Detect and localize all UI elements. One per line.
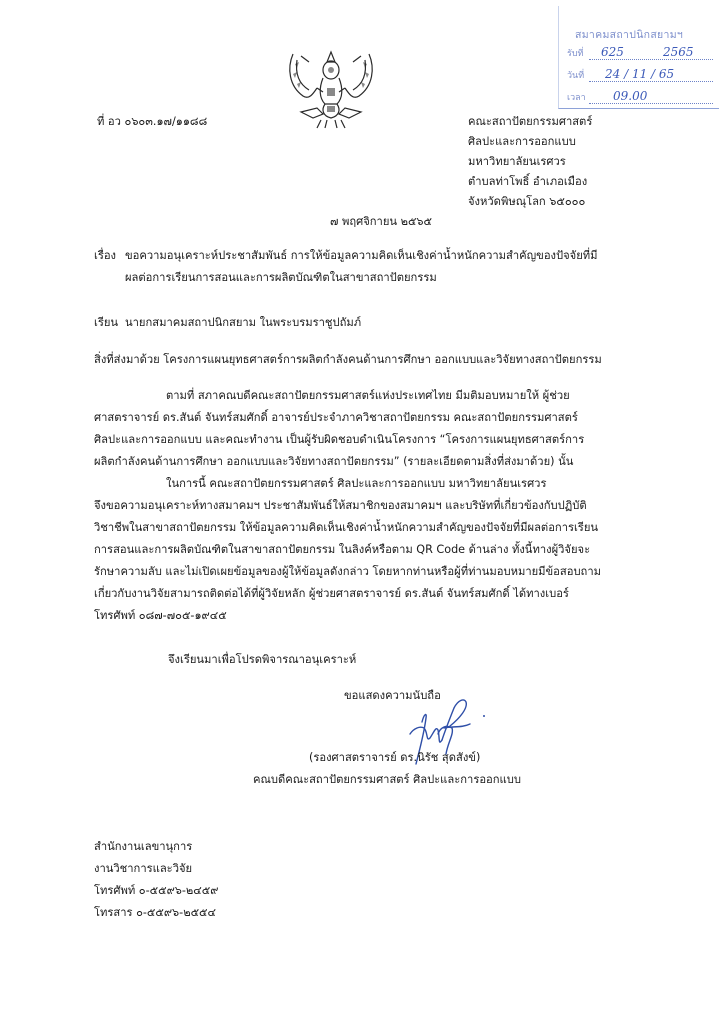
stamp-received-no: 625: [601, 45, 624, 59]
address-line: ศิลปะและการออกแบบ: [468, 132, 576, 150]
letter-date: ๗ พฤศจิกายน ๒๕๖๕: [330, 212, 432, 230]
stamp-time: 09.00: [613, 89, 647, 103]
subject-line: ขอความอนุเคราะห์ประชาสัมพันธ์ การให้ข้อม…: [125, 246, 598, 264]
footer-line: โทรสาร ๐-๕๕๙๖-๒๕๕๔: [94, 903, 216, 921]
stamp-date-label: วันที่: [567, 68, 584, 82]
subject-label: เรื่อง: [94, 246, 116, 264]
body-line: ศิลปะและการออกแบบ และคณะทำงาน เป็นผู้รับ…: [94, 430, 584, 448]
body-line: ตามที่ สภาคณบดีคณะสถาปัตยกรรมศาสตร์แห่งป…: [166, 386, 570, 404]
recipient-value: นายกสมาคมสถาปนิกสยาม ในพระบรมราชูปถัมภ์: [125, 313, 361, 331]
footer-line: สำนักงานเลขานุการ: [94, 837, 192, 855]
signatory-position: คณบดีคณะสถาปัตยกรรมศาสตร์ ศิลปะและการออก…: [253, 770, 521, 788]
footer-line: โทรศัพท์ ๐-๕๕๙๖-๒๔๕๙: [94, 881, 218, 899]
stamp-time-label: เวลา: [567, 90, 586, 104]
stamp-received-year: 2565: [663, 45, 694, 59]
enclosure-text: สิ่งที่ส่งมาด้วย โครงการแผนยุทธศาสตร์การ…: [94, 350, 602, 368]
recipient-label: เรียน: [94, 313, 118, 331]
address-line: มหาวิทยาลัยนเรศวร: [468, 152, 566, 170]
stamp-dotted-line: [589, 59, 713, 60]
body-line: ศาสตราจารย์ ดร.สันต์ จันทร์สมศักดิ์ อาจา…: [94, 408, 578, 426]
signatory-name: (รองศาสตราจารย์ ดร.นิรัช สุดสังข์): [309, 748, 480, 766]
stamp-organization: สมาคมสถาปนิกสยามฯ: [575, 26, 683, 43]
stamp-dotted-line: [589, 81, 713, 82]
stamp-date-row: วันที่ 24 / 11 / 65: [567, 66, 713, 84]
stamp-time-row: เวลา 09.00: [567, 88, 713, 106]
stamp-date: 24 / 11 / 65: [605, 67, 674, 81]
stamp-received-no-row: รับที่ 625 2565: [567, 44, 713, 62]
body-line: ในการนี้ คณะสถาปัตยกรรมศาสตร์ ศิลปะและกา…: [166, 474, 546, 492]
footer-line: งานวิชาการและวิจัย: [94, 859, 192, 877]
body-line: ผลิตกำลังคนด้านการศึกษา ออกแบบและวิจัยทา…: [94, 452, 573, 470]
address-line: จังหวัดพิษณุโลก ๖๕๐๐๐: [468, 192, 585, 210]
received-stamp: สมาคมสถาปนิกสยามฯ รับที่ 625 2565 วันที่…: [558, 6, 719, 109]
body-line: รักษาความลับ และไม่เปิดเผยข้อมูลของผู้ให…: [94, 562, 601, 580]
body-line: เกี่ยวกับงานวิจัยสามารถติดต่อได้ที่ผู้วิ…: [94, 584, 569, 602]
address-line: ตำบลท่าโพธิ์ อำเภอเมือง: [468, 172, 587, 190]
body-line: จึงขอความอนุเคราะห์ทางสมาคมฯ ประชาสัมพัน…: [94, 496, 587, 514]
stamp-received-no-label: รับที่: [567, 46, 583, 60]
body-line: วิชาชีพในสาขาสถาปัตยกรรม ให้ข้อมูลความคิ…: [94, 518, 598, 536]
reference-number: ที่ อว ๐๖๐๓.๑๗/๑๑๘๘: [97, 112, 207, 130]
closing-request: จึงเรียนมาเพื่อโปรดพิจารณาอนุเคราะห์: [168, 650, 356, 668]
body-line: การสอนและการผลิตบัณฑิตในสาขาสถาปัตยกรรม …: [94, 540, 590, 558]
address-line: คณะสถาปัตยกรรมศาสตร์: [468, 112, 592, 130]
garuda-emblem-icon: [283, 48, 379, 130]
stamp-dotted-line: [589, 103, 713, 104]
subject-line: ผลต่อการเรียนการสอนและการผลิตบัณฑิตในสาข…: [125, 268, 437, 286]
body-line: โทรศัพท์ ๐๘๗-๗๐๕-๑๙๔๕: [94, 606, 227, 624]
